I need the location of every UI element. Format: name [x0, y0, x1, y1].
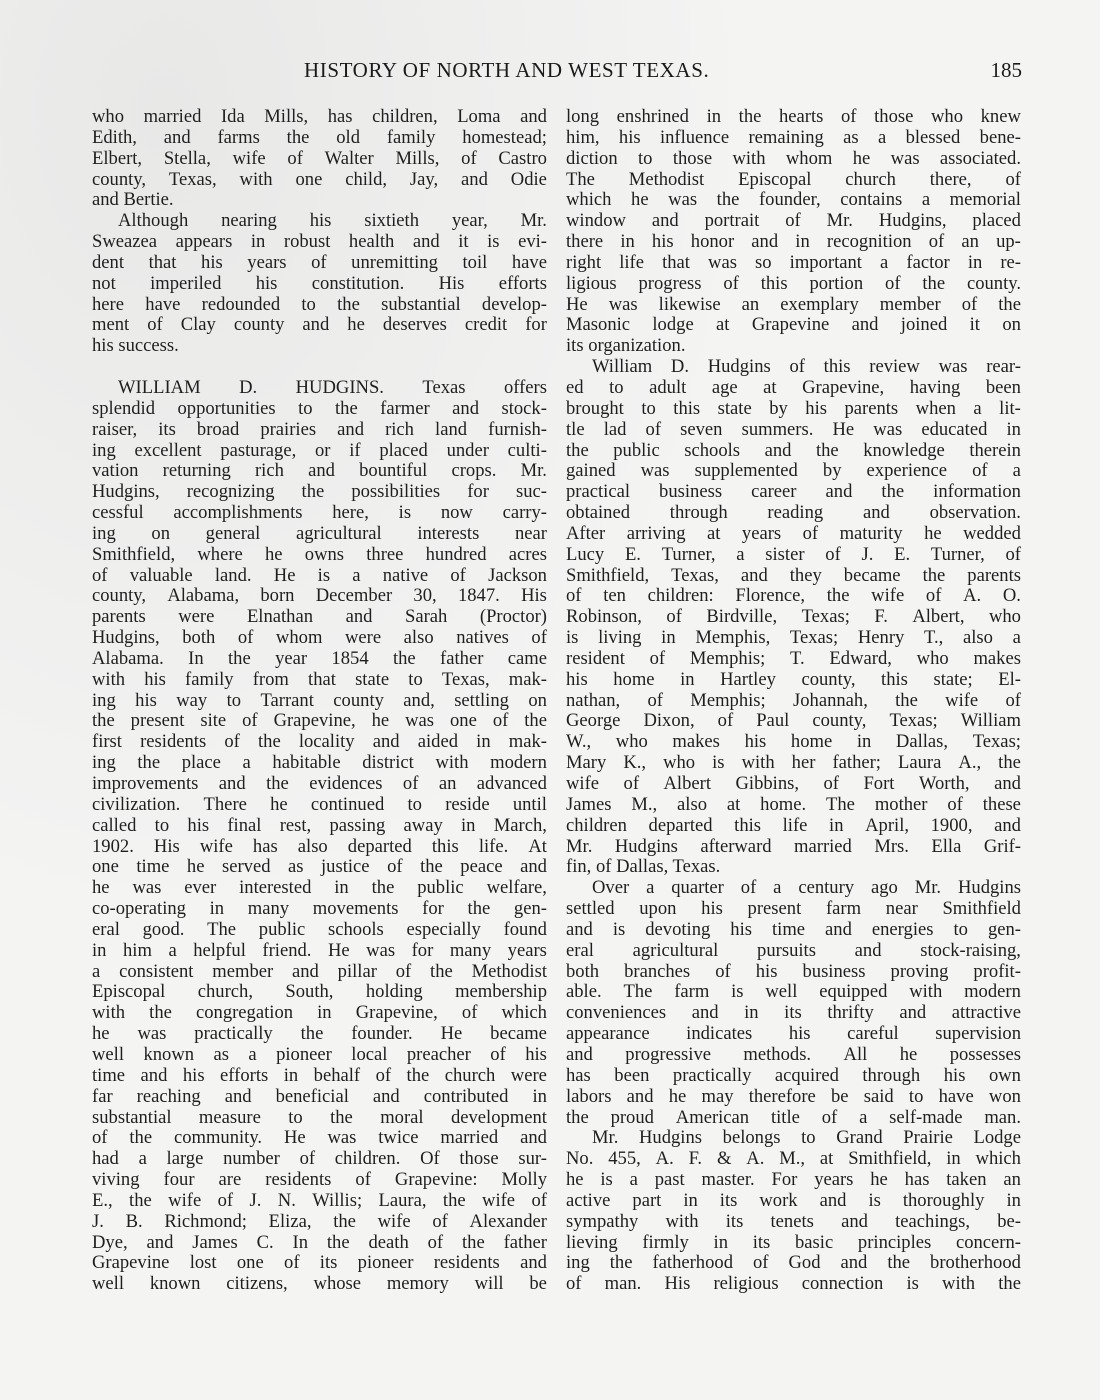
text-line: Episcopalchurch,South,holdingmembership	[92, 982, 547, 1003]
text-line: withhisfamilyfromthatstatetoTexas,mak-	[92, 670, 547, 691]
text-line: wellknowncitizens,whosememorywillbe	[92, 1274, 547, 1295]
text-line: gainedwassupplementedbyexperienceofa	[566, 461, 1021, 482]
text-line: broughttothisstatebyhisparentswhenalit-	[566, 399, 1021, 420]
text-line: conveniencesandinitsthriftyandattractive	[566, 1003, 1021, 1024]
text-line: residentofMemphis;T.Edward,whomakes	[566, 649, 1021, 670]
text-line: herehaveredoundedtothesubstantialdevelop…	[92, 295, 547, 316]
right-column: longenshrinedintheheartsofthosewhoknewhi…	[566, 107, 1021, 1295]
text-line: longenshrinedintheheartsofthosewhoknew	[566, 107, 1021, 128]
text-line: OveraquarterofacenturyagoMr.Hudgins	[566, 878, 1021, 899]
text-line: edtoadultageatGrapevine,havingbeen	[566, 378, 1021, 399]
text-line: GeorgeDixon,ofPaulcounty,Texas;William	[566, 711, 1021, 732]
text-line: laborsandhemaythereforebesaidtohavewon	[566, 1087, 1021, 1108]
text-line: obtainedthroughreadingandobservation.	[566, 503, 1021, 524]
text-line: mentofClaycountyandhedeservescreditfor	[92, 315, 547, 336]
text-line: improvementsandtheevidencesofanadvanced	[92, 774, 547, 795]
text-line: notimperiledhisconstitution.Hisefforts	[92, 274, 547, 295]
text-line: able.Thefarmiswellequippedwithmodern	[566, 982, 1021, 1003]
text-line: hewaseverinterestedinthepublicwelfare,	[92, 878, 547, 899]
text-line: sympathywithitstenetsandteachings,be-	[566, 1212, 1021, 1233]
text-line: Grapevinelostoneofitspioneerresidentsand	[92, 1253, 547, 1274]
text-line: firstresidentsofthelocalityandaidedinmak…	[92, 732, 547, 753]
text-line: co-operatinginmanymovementsforthegen-	[92, 899, 547, 920]
text-line: inhimahelpfulfriend.Hewasformanyyears	[92, 941, 547, 962]
text-line: withthecongregationinGrapevine,ofwhich	[92, 1003, 547, 1024]
text-line: Alabama.Intheyear1854thefathercame	[92, 649, 547, 670]
text-line: ingtheplaceahabitabledistrictwithmodern	[92, 753, 547, 774]
page-number: 185	[991, 58, 1023, 83]
text-line: lievingfirmlyinitsbasicprinciplesconcern…	[566, 1233, 1021, 1254]
text-line: bothbranchesofhisbusinessprovingprofit-	[566, 962, 1021, 983]
text-line: hishomeinHartleycounty,thisstate;El-	[566, 670, 1021, 691]
text-line: splendidopportunitiestothefarmerandstock…	[92, 399, 547, 420]
text-line: LucyE.Turner,asisterofJ.E.Turner,of	[566, 545, 1021, 566]
paragraph-gap	[92, 357, 547, 378]
text-line: islivinginMemphis,Texas;HenryT.,alsoa	[566, 628, 1021, 649]
text-line: WILLIAMD.HUDGINS.Texasoffers	[92, 378, 547, 399]
text-line: J.B.Richmond;Eliza,thewifeofAlexander	[92, 1212, 547, 1233]
text-line: county,Texas,withonechild,Jay,andOdie	[92, 170, 547, 191]
running-title: HISTORY OF NORTH AND WEST TEXAS.	[304, 58, 709, 83]
text-line: Sweazeaappearsinrobusthealthanditisevi-	[92, 232, 547, 253]
text-line: W.,whomakeshishomeinDallas,Texas;	[566, 732, 1021, 753]
text-line: substantialmeasuretothemoraldevelopment	[92, 1108, 547, 1129]
text-line: childrendepartedthislifeinApril,1900,and	[566, 816, 1021, 837]
text-line: whichhewasthefounder,containsamemorial	[566, 190, 1021, 211]
text-line: dentthathisyearsofunremittingtoilhave	[92, 253, 547, 274]
text-line: activepartinitsworkandisthoroughlyin	[566, 1191, 1021, 1212]
text-line: vivingfourareresidentsofGrapevine:Molly	[92, 1170, 547, 1191]
text-line: MaryK.,whoiswithherfather;LauraA.,the	[566, 753, 1021, 774]
text-line: tleladofsevensummers.Hewaseducatedin	[566, 420, 1021, 441]
running-head: HISTORY OF NORTH AND WEST TEXAS. 185	[92, 58, 1022, 86]
left-column: whomarriedIdaMills,haschildren,LomaandEd…	[92, 107, 547, 1295]
text-line: Hudgins,bothofwhomwerealsonativesof	[92, 628, 547, 649]
text-line: its organization.	[566, 336, 1021, 357]
text-line: Elbert,Stella,wifeofWalterMills,ofCastro	[92, 149, 547, 170]
text-line: heisapastmaster.Foryearshehastakenan	[566, 1170, 1021, 1191]
text-line: timeandhiseffortsinbehalfofthechurchwere	[92, 1066, 547, 1087]
text-line: parentswereElnathanandSarah(Proctor)	[92, 607, 547, 628]
text-line: Mr.HudginsafterwardmarriedMrs.EllaGrif-	[566, 837, 1021, 858]
text-line: wifeofAlbertGibbins,ofFortWorth,and	[566, 774, 1021, 795]
text-line: thereinhishonorandinrecognitionofanup-	[566, 232, 1021, 253]
text-line: JamesM.,alsoathome.Themotherofthese	[566, 795, 1021, 816]
text-line: thepublicschoolsandtheknowledgetherein	[566, 441, 1021, 462]
text-line: thepresentsiteofGrapevine,hewasoneofthe	[92, 711, 547, 732]
text-line: Hudgins,recognizingthepossibilitiesforsu…	[92, 482, 547, 503]
text-line: practicalbusinesscareerandtheinformation	[566, 482, 1021, 503]
text-line: raiser,itsbroadprairiesandrichlandfurnis…	[92, 420, 547, 441]
text-line: county,Alabama,bornDecember30,1847.His	[92, 586, 547, 607]
text-line: whomarriedIdaMills,haschildren,Lomaand	[92, 107, 547, 128]
text-line: nathan,ofMemphis;Johannah,thewifeof	[566, 691, 1021, 712]
text-line: theproudAmericantitleofaself-mademan.	[566, 1108, 1021, 1129]
text-line: hasbeenpracticallyacquiredthroughhisown	[566, 1066, 1021, 1087]
text-line: hewaspracticallythefounder.Hebecame	[92, 1024, 547, 1045]
text-line: ofvaluableland.HeisanativeofJackson	[92, 566, 547, 587]
text-line: MasoniclodgeatGrapevineandjoinediton	[566, 315, 1021, 336]
text-line: wellknownasapioneerlocalpreacherofhis	[92, 1045, 547, 1066]
text-line: dictiontothosewithwhomhewasassociated.	[566, 149, 1021, 170]
text-line: Edith,andfarmstheoldfamilyhomestead;	[92, 128, 547, 149]
text-line: WilliamD.Hudginsofthisreviewwasrear-	[566, 357, 1021, 378]
text-line: and Bertie.	[92, 190, 547, 211]
text-line: ofthecommunity.Hewastwicemarriedand	[92, 1128, 547, 1149]
text-line: Afterarrivingatyearsofmaturityhewedded	[566, 524, 1021, 545]
text-line: inghiswaytoTarrantcountyand,settlingon	[92, 691, 547, 712]
text-line: fin, of Dallas, Texas.	[566, 857, 1021, 878]
text-line: civilization.Therehecontinuedtoresideunt…	[92, 795, 547, 816]
text-line: windowandportraitofMr.Hudgins,placed	[566, 211, 1021, 232]
text-line: Smithfield,whereheownsthreehundredacres	[92, 545, 547, 566]
text-line: rightlifethatwassoimportantafactorinre-	[566, 253, 1021, 274]
text-line: andprogressivemethods.Allhepossesses	[566, 1045, 1021, 1066]
text-line: Mr.HudginsbelongstoGrandPrairieLodge	[566, 1128, 1021, 1149]
text-line: 1902.Hiswifehasalsodepartedthislife.At	[92, 837, 547, 858]
text-line: appearanceindicateshiscarefulsupervision	[566, 1024, 1021, 1045]
text-line: ligiousprogressofthisportionofthecounty.	[566, 274, 1021, 295]
text-line: No.455,A.F.&A.M.,atSmithfield,inwhich	[566, 1149, 1021, 1170]
text-line: ingthefatherhoodofGodandthebrotherhood	[566, 1253, 1021, 1274]
text-line: ingongeneralagriculturalinterestsnear	[92, 524, 547, 545]
text-line: farreachingandbeneficialandcontributedin	[92, 1087, 547, 1108]
text-line: hadalargenumberofchildren.Ofthosesur-	[92, 1149, 547, 1170]
text-line: Dye,andJamesC.Inthedeathofthefather	[92, 1233, 547, 1254]
text-line: him,hisinfluenceremainingasablessedbene-	[566, 128, 1021, 149]
text-line: vationreturningrichandbountifulcrops.Mr.	[92, 461, 547, 482]
text-line: cessfulaccomplishmentshere,isnowcarry-	[92, 503, 547, 524]
text-line: ingexcellentpasturage,orifplacedundercul…	[92, 441, 547, 462]
text-line: E.,thewifeofJ.N.Willis;Laura,thewifeof	[92, 1191, 547, 1212]
text-line: eralgood.Thepublicschoolsespeciallyfound	[92, 920, 547, 941]
text-line: oftenchildren:Florence,thewifeofA.O.	[566, 586, 1021, 607]
text-line: Smithfield,Texas,andtheybecametheparents	[566, 566, 1021, 587]
text-line: Althoughnearinghissixtiethyear,Mr.	[92, 211, 547, 232]
text-line: Robinson,ofBirdville,Texas;F.Albert,who	[566, 607, 1021, 628]
text-line: settleduponhispresentfarmnearSmithfield	[566, 899, 1021, 920]
text-line: calledtohisfinalrest,passingawayinMarch,	[92, 816, 547, 837]
text-line: TheMethodistEpiscopalchurchthere,of	[566, 170, 1021, 191]
text-line: his success.	[92, 336, 547, 357]
text-line: Hewaslikewiseanexemplarymemberofthe	[566, 295, 1021, 316]
text-line: onetimeheservedasjusticeofthepeaceand	[92, 857, 547, 878]
text-line: eralagriculturalpursuitsandstock-raising…	[566, 941, 1021, 962]
text-line: ofman.Hisreligiousconnectioniswiththe	[566, 1274, 1021, 1295]
text-line: andisdevotinghistimeandenergiestogen-	[566, 920, 1021, 941]
text-line: aconsistentmemberandpillaroftheMethodist	[92, 962, 547, 983]
